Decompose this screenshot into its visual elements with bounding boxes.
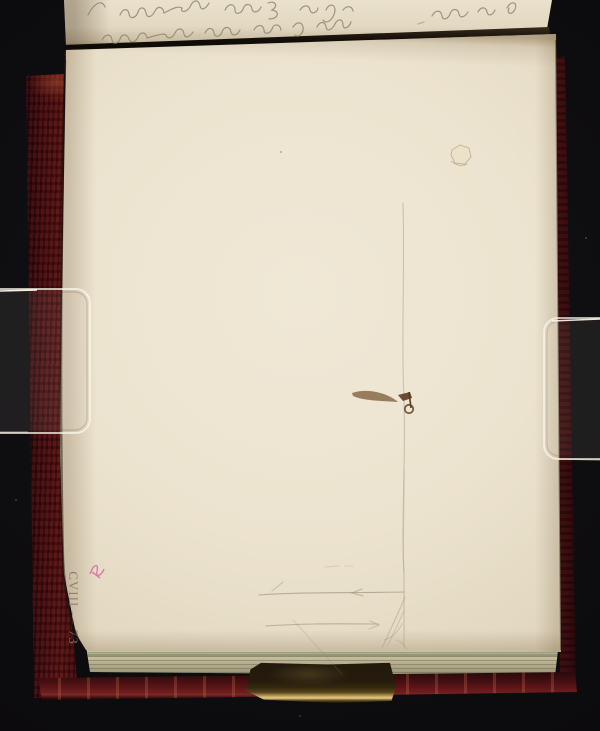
- stamp-text: CVIII — 73: [65, 571, 81, 645]
- turner-bequest-stamp: CVIII — 73: [54, 560, 92, 656]
- brass-clasp: [246, 662, 396, 703]
- blank-page: [60, 34, 561, 654]
- sketchbook-photo: CVIII — 73: [0, 0, 600, 731]
